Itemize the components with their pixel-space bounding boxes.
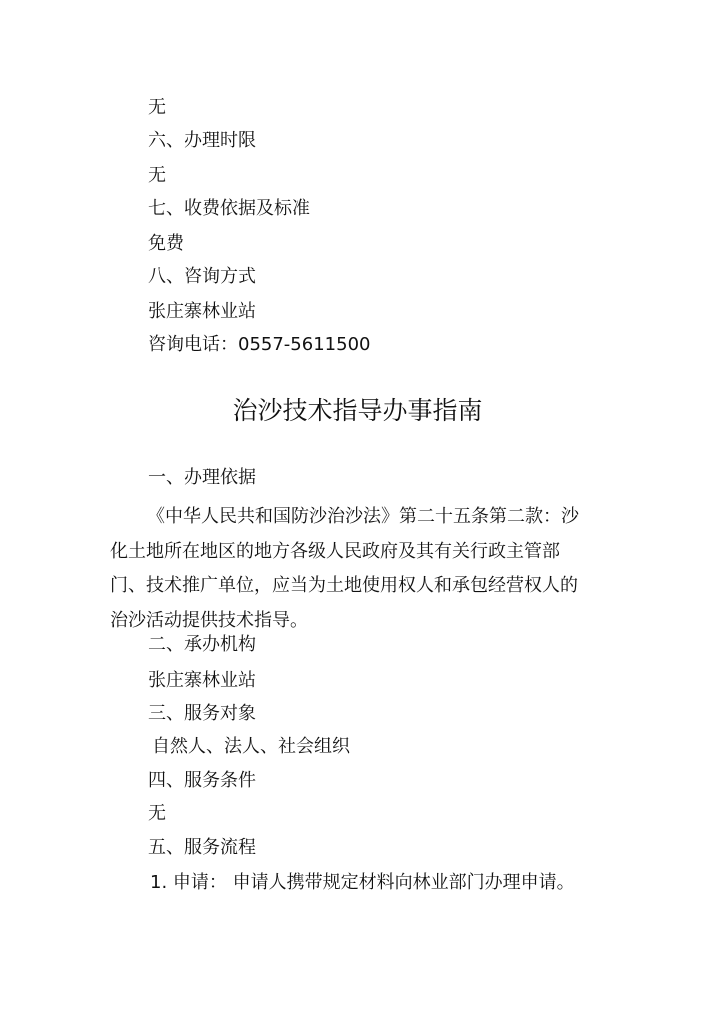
- basis-paragraph: 《中华人民共和国防沙治沙法》第二十五条第二款：沙 化土地所在地区的地方各级人民政…: [110, 500, 610, 638]
- basis-line: 《中华人民共和国防沙治沙法》第二十五条第二款：沙: [110, 500, 610, 535]
- process-step-1: 1. 申请： 申请人携带规定材料向林业部门办理申请。: [150, 872, 575, 894]
- target-value: 自然人、法人、社会组织: [152, 736, 350, 758]
- basis-line: 治沙活动提供技术指导。: [110, 604, 610, 639]
- consult-phone: 咨询电话：0557-5611500: [148, 334, 370, 356]
- fee-value: 免费: [148, 233, 184, 255]
- org-value: 张庄寨林业站: [148, 670, 256, 692]
- basis-line: 化土地所在地区的地方各级人民政府及其有关行政主管部: [110, 535, 610, 570]
- heading-target: 三、服务对象: [148, 703, 256, 725]
- basis-line: 门、技术推广单位，应当为土地使用权人和承包经营权人的: [110, 569, 610, 604]
- time-limit-value: 无: [148, 165, 166, 187]
- heading-consult: 八、咨询方式: [148, 266, 256, 288]
- consult-org: 张庄寨林业站: [148, 301, 256, 323]
- guide-title: 治沙技术指导办事指南: [0, 396, 715, 426]
- heading-process: 五、服务流程: [148, 837, 256, 859]
- heading-time-limit: 六、办理时限: [148, 130, 256, 152]
- heading-basis: 一、办理依据: [148, 467, 256, 489]
- heading-conditions: 四、服务条件: [148, 770, 256, 792]
- heading-org: 二、承办机构: [148, 634, 256, 656]
- conditions-value: 无: [148, 803, 166, 825]
- prev-section-value: 无: [148, 97, 166, 119]
- heading-fee-basis: 七、收费依据及标准: [148, 198, 310, 220]
